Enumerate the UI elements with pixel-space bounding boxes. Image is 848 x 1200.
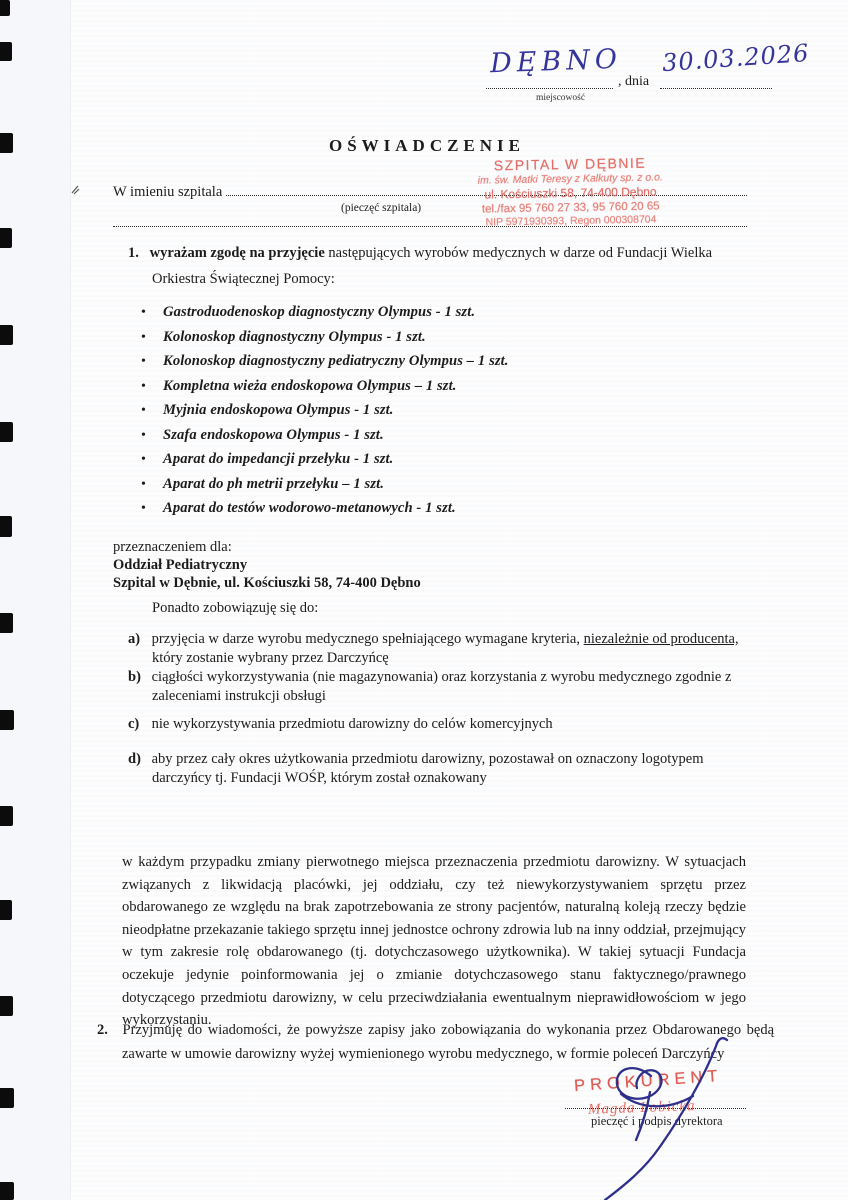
bullet-icon: • <box>141 403 163 419</box>
pen-mark <box>70 182 82 196</box>
device-list: •Gastroduodenoskop diagnostyczny Olympus… <box>141 304 741 525</box>
dedication-intro: przeznaczeniem dla: <box>113 538 421 556</box>
obligation-d: d) aby przez cały okres użytkowania prze… <box>128 750 750 788</box>
bullet-icon: • <box>141 354 163 370</box>
item-1: 1. wyrażam zgodę na przyjęcie następując… <box>128 240 766 292</box>
date-dotted-line <box>660 72 772 89</box>
list-item: •Aparat do testów wodorowo-metanowych - … <box>141 500 741 525</box>
obligation-c-text: nie wykorzystywania przedmiotu darowizny… <box>152 716 553 732</box>
bullet-icon: • <box>141 379 163 395</box>
hospital-stamp: SZPITAL W DĘBNIE im. św. Matki Teresy z … <box>427 154 713 230</box>
obligation-a-text-2: który zostanie wybrany przez Darczyńcę <box>152 650 389 666</box>
obligation-a-text: przyjęcia w darze wyrobu medycznego speł… <box>152 631 580 647</box>
list-item: •Myjnia endoskopowa Olympus - 1 szt. <box>141 402 741 427</box>
obligation-b: b) ciągłości wykorzystywania (nie magazy… <box>128 668 750 706</box>
list-item: •Kompletna wieża endoskopowa Olympus – 1… <box>141 378 741 403</box>
scan-artifact <box>0 613 13 633</box>
scan-artifact <box>0 0 10 16</box>
change-paragraph: w każdym przypadku zmiany pierwotnego mi… <box>122 851 746 1032</box>
scan-artifact <box>0 516 12 537</box>
obligation-d-text: aby przez cały okres użytkowania przedmi… <box>152 751 704 786</box>
obligation-b-text: ciągłości wykorzystywania (nie magazynow… <box>152 669 732 704</box>
obligation-c: c) nie wykorzystywania przedmiotu darowi… <box>128 715 750 734</box>
bullet-icon: • <box>141 428 163 444</box>
obligation-c-label: c) <box>128 715 148 734</box>
dnia-label: , dnia <box>618 74 649 90</box>
scan-artifact <box>0 42 12 61</box>
bullet-icon: • <box>141 477 163 493</box>
scan-artifact <box>0 996 13 1016</box>
bullet-icon: • <box>141 501 163 517</box>
scan-artifact <box>0 1182 14 1200</box>
device-name: Aparat do impedancji przełyku - 1 szt. <box>163 451 393 468</box>
device-name: Aparat do testów wodorowo-metanowych - 1… <box>163 500 456 517</box>
obligations-intro: Ponadto zobowiązuję się do: <box>152 600 318 617</box>
list-item: •Kolonoskop diagnostyczny Olympus - 1 sz… <box>141 329 741 354</box>
intro-label: W imieniu szpitala <box>113 184 226 201</box>
dedication-block: przeznaczeniem dla: Oddział Pediatryczny… <box>113 538 421 592</box>
scan-artifact <box>0 133 13 153</box>
obligation-a-label: a) <box>128 630 148 649</box>
director-signature <box>555 1030 765 1200</box>
item-1-lead-bold: wyrażam zgodę na przyjęcie <box>150 245 325 261</box>
device-name: Gastroduodenoskop diagnostyczny Olympus … <box>163 304 475 321</box>
obligation-b-label: b) <box>128 668 148 687</box>
scan-artifact <box>0 325 13 345</box>
obligation-a: a) przyjęcia w darze wyrobu medycznego s… <box>128 630 750 668</box>
device-name: Myjnia endoskopowa Olympus - 1 szt. <box>163 402 394 419</box>
device-name: Kolonoskop diagnostyczny pediatryczny Ol… <box>163 353 509 370</box>
scan-artifact <box>0 806 13 826</box>
obligations-list: a) przyjęcia w darze wyrobu medycznego s… <box>128 630 750 788</box>
dedication-hospital: Szpital w Dębnie, ul. Kościuszki 58, 74-… <box>113 574 421 592</box>
document-title: OŚWIADCZENIE <box>0 136 848 156</box>
place-dotted-line <box>486 72 613 89</box>
list-item: •Aparat do ph metrii przełyku – 1 szt. <box>141 476 741 501</box>
scan-artifact <box>0 228 12 248</box>
list-item: •Aparat do impedancji przełyku - 1 szt. <box>141 451 741 476</box>
device-name: Kompletna wieża endoskopowa Olympus – 1 … <box>163 378 456 395</box>
item-2-number: 2. <box>97 1018 117 1042</box>
list-item: •Kolonoskop diagnostyczny pediatryczny O… <box>141 353 741 378</box>
scan-artifact <box>0 900 12 920</box>
device-name: Kolonoskop diagnostyczny Olympus - 1 szt… <box>163 329 426 346</box>
obligation-d-label: d) <box>128 750 148 769</box>
dateline: DĘBNO , dnia 30.03.2026 miejscowość <box>486 44 796 104</box>
scan-artifact <box>0 422 13 442</box>
obligation-a-underlined: niezależnie od producenta, <box>584 631 739 647</box>
place-caption: miejscowość <box>536 93 585 103</box>
item-1-number: 1. <box>128 240 146 266</box>
scan-artifact <box>0 710 14 730</box>
scan-artifact <box>0 1088 14 1108</box>
list-item: •Gastroduodenoskop diagnostyczny Olympus… <box>141 304 741 329</box>
device-name: Szafa endoskopowa Olympus - 1 szt. <box>163 427 384 444</box>
bullet-icon: • <box>141 305 163 321</box>
list-item: •Szafa endoskopowa Olympus - 1 szt. <box>141 427 741 452</box>
bullet-icon: • <box>141 452 163 468</box>
device-name: Aparat do ph metrii przełyku – 1 szt. <box>163 476 384 493</box>
bullet-icon: • <box>141 330 163 346</box>
dedication-department: Oddział Pediatryczny <box>113 556 421 574</box>
